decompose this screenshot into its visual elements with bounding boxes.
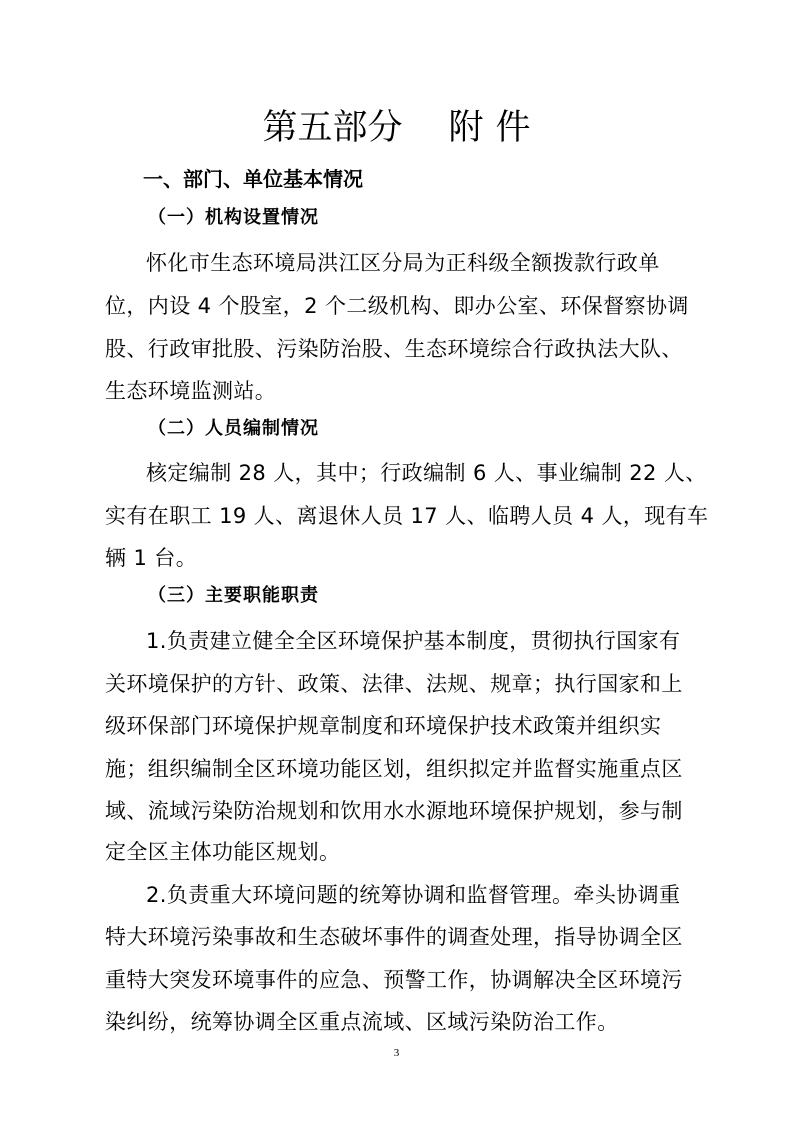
paragraph-line: 辆 1 台。 [105,543,197,573]
title-part-fu: 附 [448,108,483,148]
paragraph-line: 股、行政审批股、污染防治股、生态环境综合行政执法大队、 [105,334,683,364]
paragraph-line: 生态环境监测站。 [105,376,276,406]
duty-item-2-line: 重特大突发环境事件的应急、预警工作，协调解决全区环境污 [105,965,683,995]
paragraph-line: 实有在职工 19 人、离退休人员 17 人、临聘人员 4 人，现有车 [105,501,708,531]
paragraph-line: 怀化市生态环境局洪江区分局为正科级全额拨款行政单 [146,248,660,278]
title-part-jian: 件 [496,108,531,148]
duty-item-2-line: 染纠纷，统筹协调全区重点流域、区域污染防治工作。 [105,1007,619,1037]
duty-item-2-line: 2.负责重大环境问题的统筹协调和监督管理。牵头协调重 [146,880,680,910]
page-number: 3 [0,1046,793,1060]
document-page: 第五部分附件 一、部门、单位基本情况 （一）机构设置情况 怀化市生态环境局洪江区… [0,0,793,1122]
duty-item-1-line: 1.负责建立健全全区环境保护基本制度，贯彻执行国家有 [146,626,680,656]
duty-item-2-line: 特大环境污染事故和生态破坏事件的调查处理，指导协调全区 [105,922,683,952]
section-heading-1: 一、部门、单位基本情况 [143,164,363,194]
title-part-main: 第五部分 [262,108,402,148]
subsection-heading-staffing: （二）人员编制情况 [148,414,319,444]
subsection-heading-duties: （三）主要职能职责 [148,581,319,611]
duty-item-1-line: 定全区主体功能区规划。 [105,837,340,867]
subsection-heading-org-setup: （一）机构设置情况 [148,203,319,233]
page-title: 第五部分附件 [0,104,793,152]
paragraph-line: 核定编制 28 人，其中；行政编制 6 人、事业编制 22 人、 [146,458,707,488]
paragraph-line: 位，内设 4 个股室，2 个二级机构、即办公室、环保督察协调 [105,291,689,321]
duty-item-1-line: 域、流域污染防治规划和饮用水水源地环境保护规划，参与制 [105,796,683,826]
duty-item-1-line: 施；组织编制全区环境功能区划，组织拟定并监督实施重点区 [105,754,683,784]
duty-item-1-line: 级环保部门环境保护规章制度和环境保护技术政策并组织实 [105,711,661,741]
duty-item-1-line: 关环境保护的方针、政策、法律、法规、规章；执行国家和上 [105,669,683,699]
